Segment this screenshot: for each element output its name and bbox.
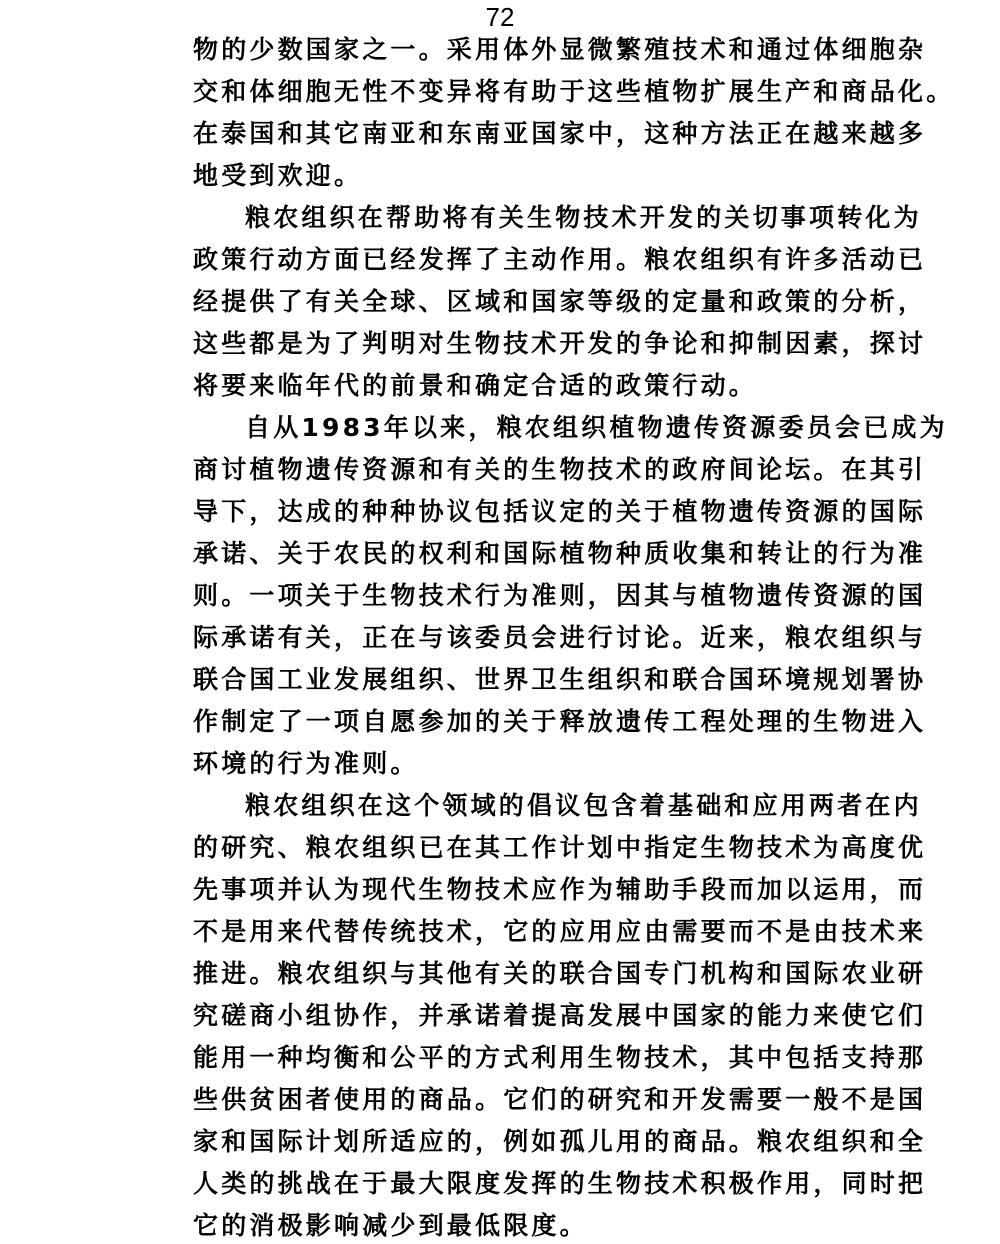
text-line: 交和体细胞无性不变异将有助于这些植物扩展生产和商品化。 bbox=[193, 71, 873, 113]
paragraph-2: 粮农组织在帮助将有关生物技术开发的关切事项转化为 政策行动方面已经发挥了主动作用… bbox=[193, 197, 873, 407]
text-line: 这些都是为了判明对生物技术开发的争论和抑制因素，探讨 bbox=[193, 323, 873, 365]
text-line: 粮农组织在这个领域的倡议包含着基础和应用两者在内 bbox=[193, 785, 873, 827]
document-body: 物的少数国家之一。采用体外显微繁殖技术和通过体细胞杂 交和体细胞无性不变异将有助… bbox=[193, 29, 873, 1244]
paragraph-1: 物的少数国家之一。采用体外显微繁殖技术和通过体细胞杂 交和体细胞无性不变异将有助… bbox=[193, 29, 873, 197]
text-line: 承诺、关于农民的权利和国际植物种质收集和转让的行为准 bbox=[193, 533, 873, 575]
text-line: 环境的行为准则。 bbox=[193, 743, 873, 785]
text-line: 商讨植物遗传资源和有关的生物技术的政府间论坛。在其引 bbox=[193, 449, 873, 491]
text-line: 物的少数国家之一。采用体外显微繁殖技术和通过体细胞杂 bbox=[193, 29, 873, 71]
text-line: 政策行动方面已经发挥了主动作用。粮农组织有许多活动已 bbox=[193, 239, 873, 281]
text-line: 推进。粮农组织与其他有关的联合国专门机构和国际农业研 bbox=[193, 953, 873, 995]
text-line: 地受到欢迎。 bbox=[193, 155, 873, 197]
text-line: 经提供了有关全球、区域和国家等级的定量和政策的分析， bbox=[193, 281, 873, 323]
paragraph-3: 自从1983年以来，粮农组织植物遗传资源委员会已成为 商讨植物遗传资源和有关的生… bbox=[193, 407, 873, 785]
text-line: 能用一种均衡和公平的方式利用生物技术，其中包括支持那 bbox=[193, 1037, 873, 1079]
text-line: 的研究、粮农组织已在其工作计划中指定生物技术为高度优 bbox=[193, 827, 873, 869]
text-line: 在泰国和其它南亚和东南亚国家中，这种方法正在越来越多 bbox=[193, 113, 873, 155]
text-line: 将要来临年代的前景和确定合适的政策行动。 bbox=[193, 365, 873, 407]
text-line: 导下，达成的种种协议包括议定的关于植物遗传资源的国际 bbox=[193, 491, 873, 533]
text-line: 则。一项关于生物技术行为准则，因其与植物遗传资源的国 bbox=[193, 575, 873, 617]
text-line: 它的消极影响减少到最低限度。 bbox=[193, 1205, 873, 1244]
text-line: 人类的挑战在于最大限度发挥的生物技术积极作用，同时把 bbox=[193, 1163, 873, 1205]
text-line: 究磋商小组协作，并承诺着提高发展中国家的能力来使它们 bbox=[193, 995, 873, 1037]
text-line: 粮农组织在帮助将有关生物技术开发的关切事项转化为 bbox=[193, 197, 873, 239]
text-line: 作制定了一项自愿参加的关于释放遗传工程处理的生物进入 bbox=[193, 701, 873, 743]
text-line: 自从1983年以来，粮农组织植物遗传资源委员会已成为 bbox=[193, 407, 873, 449]
text-line: 些供贫困者使用的商品。它们的研究和开发需要一般不是国 bbox=[193, 1079, 873, 1121]
text-line: 联合国工业发展组织、世界卫生组织和联合国环境规划署协 bbox=[193, 659, 873, 701]
paragraph-4: 粮农组织在这个领域的倡议包含着基础和应用两者在内 的研究、粮农组织已在其工作计划… bbox=[193, 785, 873, 1244]
text-line: 先事项并认为现代生物技术应作为辅助手段而加以运用，而 bbox=[193, 869, 873, 911]
text-line: 家和国际计划所适应的，例如孤儿用的商品。粮农组织和全 bbox=[193, 1121, 873, 1163]
text-line: 不是用来代替传统技术，它的应用应由需要而不是由技术来 bbox=[193, 911, 873, 953]
text-line: 际承诺有关，正在与该委员会进行讨论。近来，粮农组织与 bbox=[193, 617, 873, 659]
